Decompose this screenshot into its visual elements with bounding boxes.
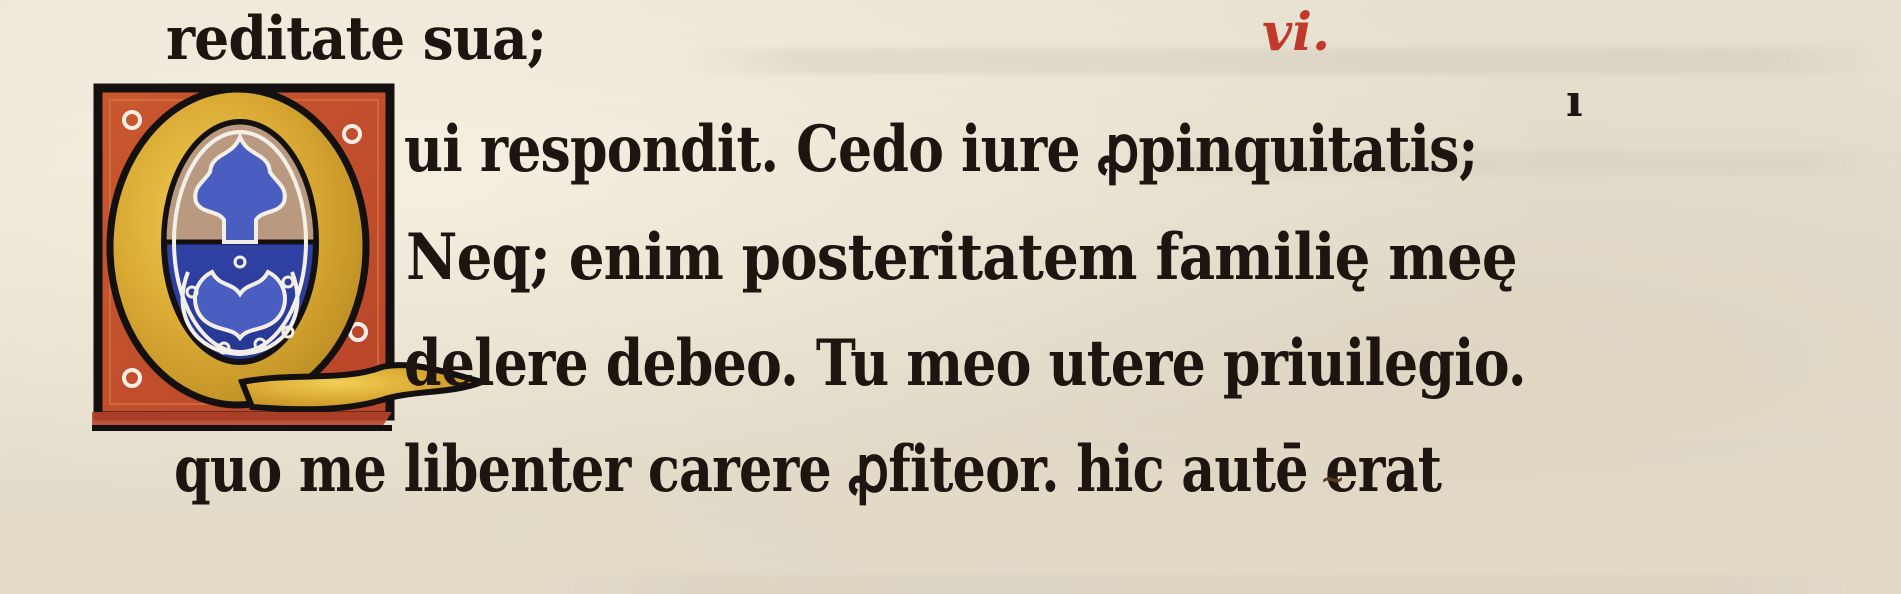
manuscript-line-4: delere debeo. Tu meo utere priuilegio.: [404, 326, 1526, 401]
manuscript-line-3: Neq; enim posteritatem familię meę: [406, 220, 1517, 295]
superscript-i-mark: ı: [1566, 76, 1583, 127]
macron-abbreviation-mark: ~: [1320, 462, 1345, 497]
manuscript-line-5: quo me libenter carere ꝓfiteor. hic autē…: [174, 432, 1441, 507]
show-through-line: [560, 575, 1860, 594]
rubric-chapter-number: vi.: [1262, 2, 1330, 63]
manuscript-line-2: ui respondit. Cedo iure ꝓpinquitatis;: [404, 112, 1478, 187]
manuscript-line-1: reditate sua;: [166, 4, 546, 74]
